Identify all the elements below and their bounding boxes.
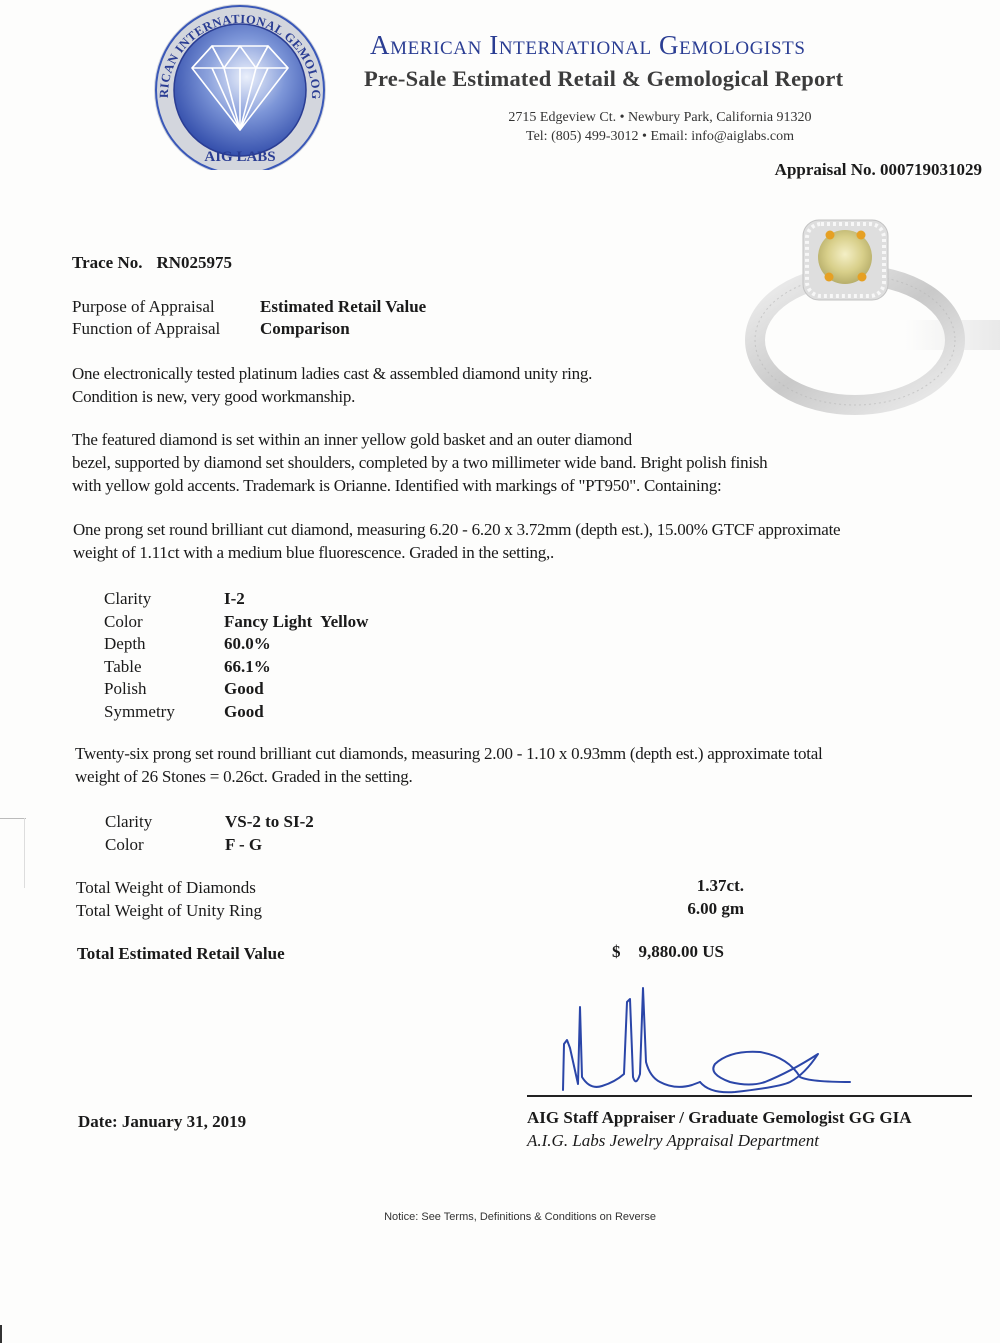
total-diamond-weight-value: 1.37ct. [687, 875, 744, 898]
function-label: Function of Appraisal [72, 318, 260, 340]
trace-number: Trace No.RN025975 [72, 253, 232, 273]
scan-edge-mark [0, 818, 26, 819]
grade-row-color: ColorF - G [105, 834, 314, 857]
grade-label: Table [104, 656, 224, 679]
grade-row-depth: Depth60.0% [104, 633, 368, 656]
grade-label: Color [105, 834, 225, 857]
grade-label: Depth [104, 633, 224, 656]
grade-label: Clarity [105, 811, 225, 834]
grade-row-clarity: ClarityI-2 [104, 588, 368, 611]
appraisal-date: Date: January 31, 2019 [78, 1112, 246, 1132]
trace-number-value: RN025975 [157, 253, 233, 272]
grade-row-symmetry: SymmetryGood [104, 701, 368, 724]
side-stones-grades: ClarityVS-2 to SI-2 ColorF - G [105, 811, 314, 856]
grade-row-clarity: ClarityVS-2 to SI-2 [105, 811, 314, 834]
center-stone-grades: ClarityI-2 ColorFancy Light Yellow Depth… [104, 588, 368, 723]
appraiser-title: AIG Staff Appraiser / Graduate Gemologis… [527, 1108, 912, 1128]
grade-label: Clarity [104, 588, 224, 611]
total-retail-value-label: Total Estimated Retail Value [77, 944, 285, 964]
purpose-label: Purpose of Appraisal [72, 296, 260, 318]
item-description-line: Condition is new, very good workmanship. [72, 385, 592, 408]
appraiser-department: A.I.G. Labs Jewelry Appraisal Department [527, 1131, 819, 1151]
side-stones-line: Twenty-six prong set round brilliant cut… [75, 742, 822, 765]
report-title: Pre-Sale Estimated Retail & Gemological … [364, 66, 843, 92]
grade-row-table: Table66.1% [104, 656, 368, 679]
grade-label: Symmetry [104, 701, 224, 724]
total-diamond-weight-label: Total Weight of Diamonds [76, 877, 262, 900]
svg-text:AIG LABS: AIG LABS [204, 149, 275, 165]
aig-labs-logo: AMERICAN INTERNATIONAL GEMOLOGISTS AIG L… [140, 0, 340, 170]
total-ring-weight-value: 6.00 gm [687, 898, 744, 921]
ring-photo [745, 205, 1000, 420]
appraiser-signature [520, 982, 860, 1097]
grade-label: Polish [104, 678, 224, 701]
item-description: One electronically tested platinum ladie… [72, 362, 592, 408]
setting-description: The featured diamond is set within an in… [72, 428, 767, 497]
appraisal-info: Purpose of AppraisalEstimated Retail Val… [72, 296, 426, 340]
currency-symbol: $ [612, 942, 621, 961]
total-retail-value: $9,880.00 US [612, 942, 724, 962]
function-row: Function of AppraisalComparison [72, 318, 426, 340]
appraisal-number-label: Appraisal No. [775, 160, 876, 179]
address-block: 2715 Edgeview Ct. • Newbury Park, Califo… [440, 108, 880, 146]
scan-edge-mark [0, 1325, 2, 1343]
side-stones-line: weight of 26 Stones = 0.26ct. Graded in … [75, 765, 822, 788]
scan-edge-mark [24, 818, 25, 888]
grade-label: Color [104, 611, 224, 634]
totals-values: 1.37ct. 6.00 gm [687, 875, 744, 920]
center-stone-description: One prong set round brilliant cut diamon… [73, 518, 840, 564]
grade-value: Good [224, 702, 264, 721]
total-ring-weight-label: Total Weight of Unity Ring [76, 900, 262, 923]
center-stone-line: One prong set round brilliant cut diamon… [73, 518, 840, 541]
setting-description-line: bezel, supported by diamond set shoulder… [72, 451, 767, 474]
center-stone-line: weight of 1.11ct with a medium blue fluo… [73, 541, 840, 564]
grade-value: 66.1% [224, 657, 271, 676]
totals-labels: Total Weight of Diamonds Total Weight of… [76, 877, 262, 922]
contact-line: Tel: (805) 499-3012 • Email: info@aiglab… [440, 127, 880, 146]
purpose-row: Purpose of AppraisalEstimated Retail Val… [72, 296, 426, 318]
trace-number-label: Trace No. [72, 253, 143, 272]
grade-row-polish: PolishGood [104, 678, 368, 701]
appraisal-number: Appraisal No. 000719031029 [775, 160, 982, 180]
total-retail-amount: 9,880.00 US [639, 942, 724, 961]
grade-row-color: ColorFancy Light Yellow [104, 611, 368, 634]
organization-name: American International Gemologists [370, 30, 806, 61]
grade-value: VS-2 to SI-2 [225, 812, 314, 831]
grade-value: F - G [225, 835, 262, 854]
signature-line [527, 1095, 972, 1097]
footer-notice: Notice: See Terms, Definitions & Conditi… [0, 1211, 1000, 1223]
side-stones-description: Twenty-six prong set round brilliant cut… [75, 742, 822, 788]
setting-description-line: with yellow gold accents. Trademark is O… [72, 474, 767, 497]
grade-value: 60.0% [224, 634, 271, 653]
grade-value: Fancy Light Yellow [224, 612, 368, 631]
address-line: 2715 Edgeview Ct. • Newbury Park, Califo… [440, 108, 880, 127]
purpose-value: Estimated Retail Value [260, 297, 426, 316]
appraisal-number-value: 000719031029 [880, 160, 982, 179]
function-value: Comparison [260, 319, 350, 338]
item-description-line: One electronically tested platinum ladie… [72, 362, 592, 385]
setting-description-line: The featured diamond is set within an in… [72, 428, 767, 451]
grade-value: I-2 [224, 589, 245, 608]
grade-value: Good [224, 679, 264, 698]
